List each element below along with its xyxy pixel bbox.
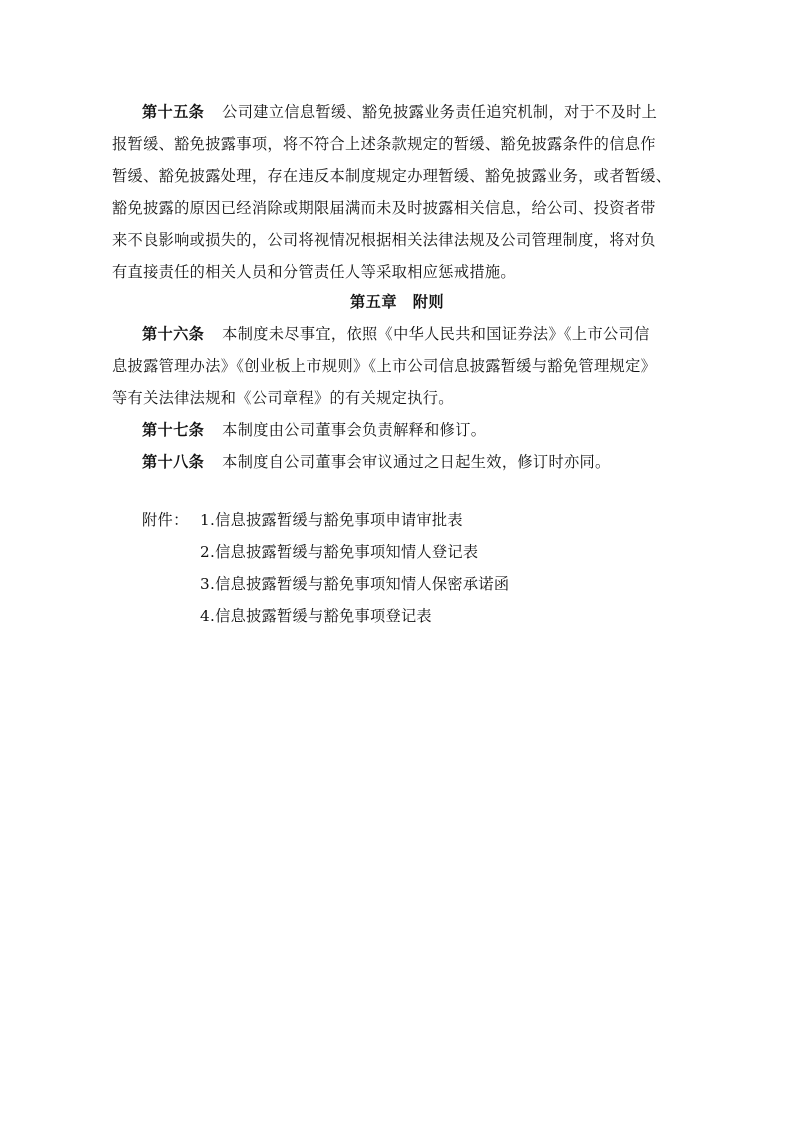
article-16-line-2: 息披露管理办法》《创业板上市规则》《上市公司信息披露暂缓与豁免管理规定》 [112,356,656,376]
article-17-label: 第十七条 [142,421,204,439]
article-16-line-3: 等有关法律法规和《公司章程》的有关规定执行。 [112,388,454,408]
article-15-line-6: 有直接责任的相关人员和分管责任人等采取相应惩戒措施。 [112,262,516,282]
attachment-item-4: 4.信息披露暂缓与豁免事项登记表 [200,606,432,626]
article-17: 第十七条本制度由公司董事会负责解释和修订。 [142,420,486,440]
article-16-line-1: 第十六条本制度未尽事宜，依照《中华人民共和国证券法》《上市公司信 [142,324,650,344]
article-15-line-4: 豁免披露的原因已经消除或期限届满而未及时披露相关信息，给公司、投资者带 [112,198,656,218]
attachment-item-1: 1.信息披露暂缓与豁免事项申请审批表 [200,510,463,530]
article-15-line-3: 暂缓、豁免披露处理，存在违反本制度规定办理暂缓、豁免披露业务，或者暂缓、 [112,166,671,186]
article-15-label: 第十五条 [142,103,204,121]
article-15-line-5: 来不良影响或损失的，公司将视情况根据相关法律法规及公司管理制度，将对负 [112,230,656,250]
article-16-label: 第十六条 [142,325,204,343]
article-15-line-2: 报暂缓、豁免披露事项，将不符合上述条款规定的暂缓、豁免披露条件的信息作 [112,134,656,154]
article-15-line-1: 第十五条公司建立信息暂缓、豁免披露业务责任追究机制，对于不及时上 [142,102,657,122]
article-18-label: 第十八条 [142,453,204,471]
chapter-heading: 第五章 附则 [112,292,682,312]
attachment-item-2: 2.信息披露暂缓与豁免事项知情人登记表 [200,542,478,562]
attachment-item-3: 3.信息披露暂缓与豁免事项知情人保密承诺函 [200,574,509,594]
attachments-label: 附件： [142,510,189,530]
article-18: 第十八条本制度自公司董事会审议通过之日起生效，修订时亦同。 [142,452,611,472]
